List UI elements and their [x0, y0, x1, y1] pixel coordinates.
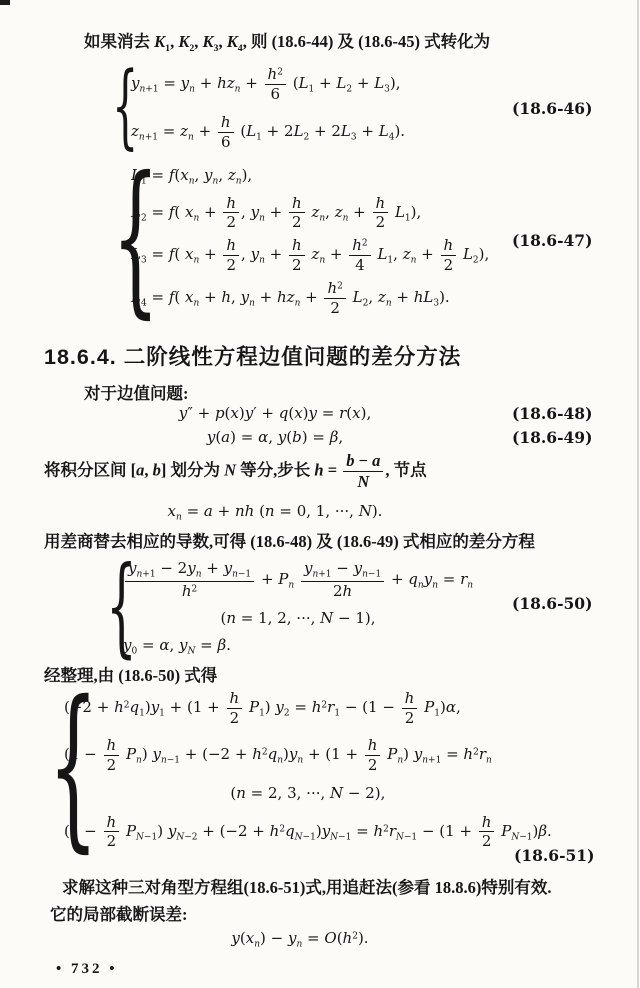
scanned-textbook-page: 如果消去 K1, K2, K3, K4, 则 (18.6-44) 及 (18.6… — [0, 0, 640, 988]
formula-line: (n = 1, 2, ···, N − 1), — [221, 609, 376, 628]
equation-number: (18.6-46) — [512, 99, 592, 118]
formula-line: (n = 2, 3, ···, N − 2), — [230, 784, 385, 803]
formula-line: L2 = f( xn + h2, yn + h2 zn, zn + h2 L1)… — [131, 195, 489, 231]
equation-system-51: { (−2 + h2q1)y1 + (1 + h2 P1) y2 = h2r1 … — [48, 690, 552, 850]
equation-system-46: { yn+1 = yn + hzn + h26 (L1 + L2 + L3), … — [112, 66, 405, 150]
formula-line: (1 − h2 PN−1) yN−2 + (−2 + h2qN−1)yN−1 =… — [64, 814, 552, 850]
formula-line: L4 = f( xn + h, yn + hzn + h22 L2, zn + … — [131, 280, 489, 316]
formula-line: L3 = f( xn + h2, yn + h2 zn + h24 L1, zn… — [131, 237, 489, 273]
equation-49: y(a) = α, y(b) = β, — [45, 428, 505, 447]
equation-error: y(xn) − yn = O(h2). — [45, 929, 555, 951]
formula-line: L1 = f(xn, yn, zn), — [131, 166, 489, 188]
equation-number: (18.6-49) — [512, 428, 592, 447]
paragraph-bvp: 对于边值问题: — [84, 383, 189, 404]
paragraph-interval: 将积分区间 [a, b] 划分为 N 等分,步长 h = b − aN, 节点 — [44, 452, 427, 491]
equation-nodes: xn = a + nh (n = 0, 1, ···, N). — [45, 502, 505, 524]
formula-line: (−2 + h2q1)y1 + (1 + h2 P1) y2 = h2r1 − … — [64, 690, 552, 726]
equation-number: (18.6-50) — [512, 594, 592, 613]
equation-number: (18.6-51) — [514, 846, 594, 865]
intro-paragraph: 如果消去 K1, K2, K3, K4, 则 (18.6-44) 及 (18.6… — [84, 31, 490, 56]
formula-line: y0 = α, yN = β. — [123, 636, 473, 658]
left-brace-icon: { — [48, 678, 98, 854]
left-brace-icon: { — [106, 553, 137, 661]
section-heading: 18.6.4. 二阶线性方程边值问题的差分方法 — [44, 340, 461, 371]
equation-number: (18.6-47) — [512, 231, 592, 250]
left-brace-icon: { — [112, 155, 159, 320]
equation-48: y″ + p(x)y′ + q(x)y = r(x), — [45, 404, 505, 423]
page-number: • 732 • — [56, 961, 118, 978]
paragraph-solve-line2: 它的局部截断误差: — [50, 904, 188, 925]
formula-line: (1 − h2 Pn) yn−1 + (−2 + h2qn)yn + (1 + … — [64, 737, 552, 773]
equation-system-50: { yn+1 − 2yn + yn−1h2 + Pn yn+1 − yn−12h… — [106, 560, 473, 658]
left-brace-icon: { — [112, 60, 138, 152]
paragraph-solve-line1: 求解这种三对角型方程组(18.6-51)式,用追赶法(参看 18.8.6)特别有… — [62, 877, 551, 898]
equation-number: (18.6-48) — [512, 404, 592, 423]
formula-line: yn+1 − 2yn + yn−1h2 + Pn yn+1 − yn−12h +… — [123, 560, 473, 600]
equation-system-47: { L1 = f(xn, yn, zn), L2 = f( xn + h2, y… — [112, 166, 489, 316]
formula-line: zn+1 = zn + h6 (L1 + 2L2 + 2L3 + L4). — [131, 114, 405, 150]
formula-line: yn+1 = yn + hzn + h26 (L1 + L2 + L3), — [131, 66, 405, 102]
